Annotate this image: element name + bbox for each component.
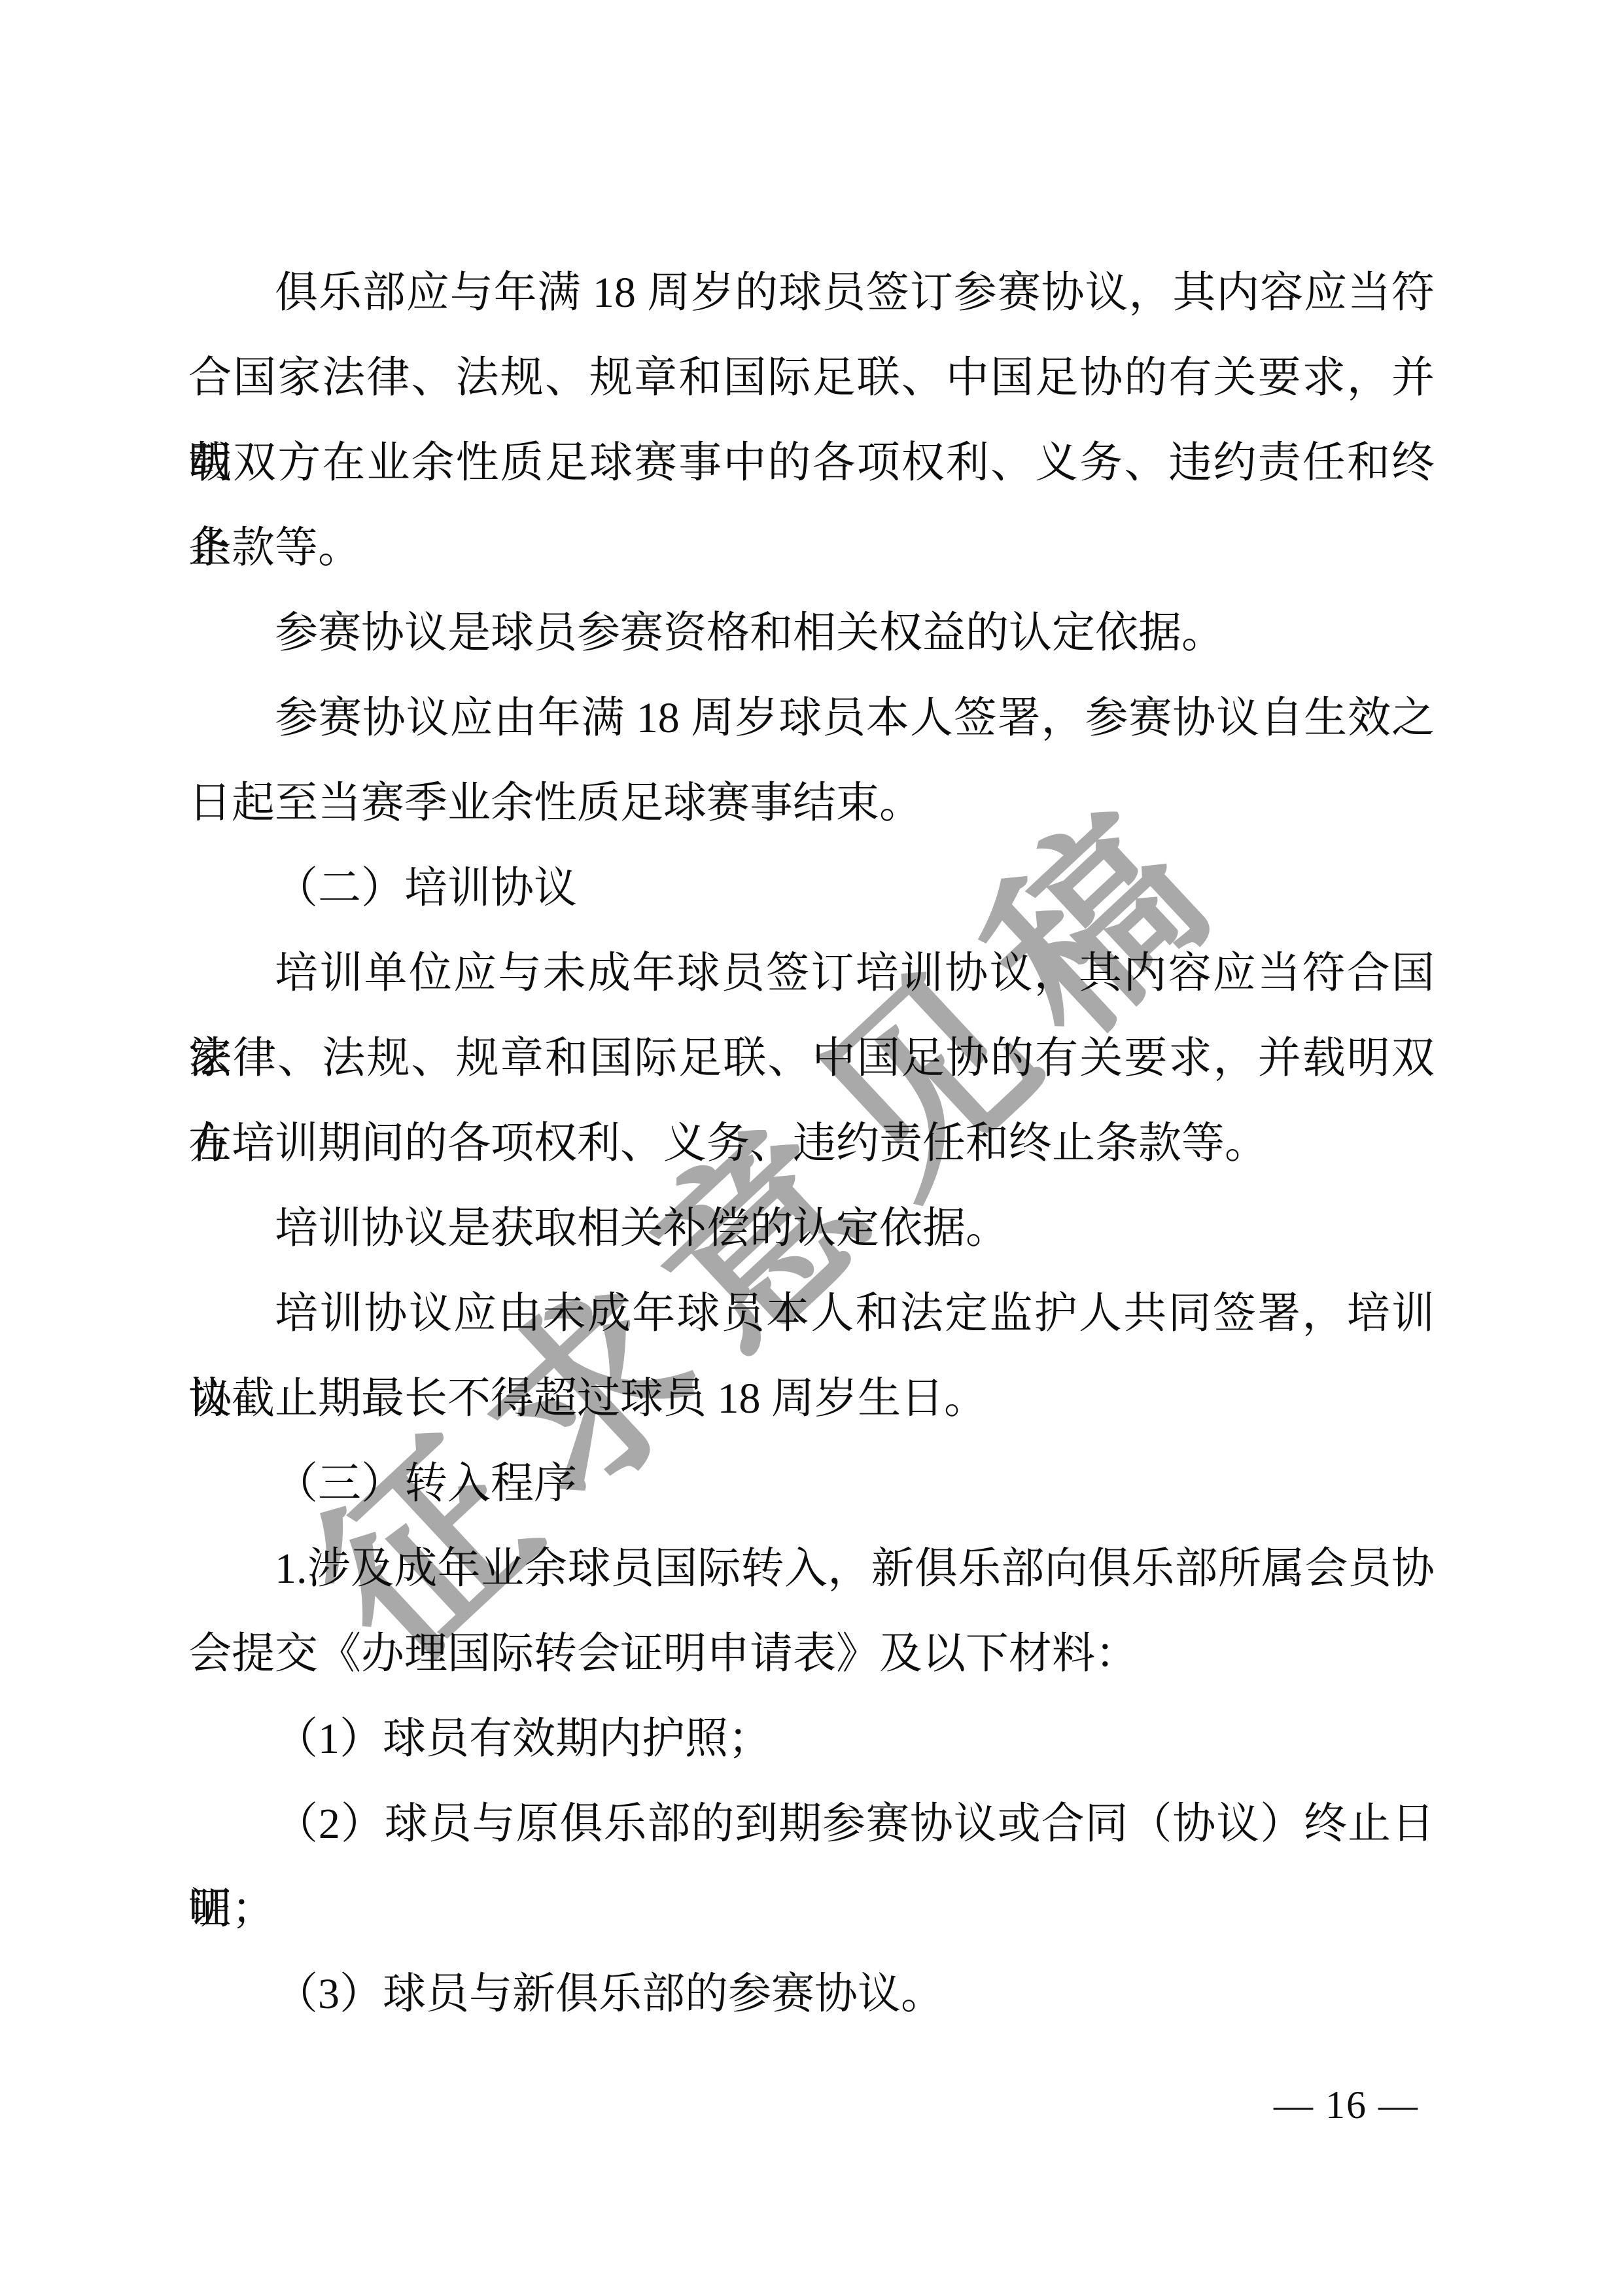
- text-line: 合国家法律、法规、规章和国际足联、中国足协的有关要求，并载: [188, 336, 1435, 421]
- text-line: 明；: [188, 1867, 1435, 1952]
- text-line: 参赛协议应由年满 18 周岁球员本人签署，参赛协议自生效之: [188, 676, 1435, 761]
- text-line: 议截止期最长不得超过球员 18 周岁生日。: [188, 1356, 1435, 1441]
- section-heading: （三）转入程序: [188, 1441, 1435, 1527]
- list-item: （3）球员与新俱乐部的参赛协议。: [188, 1952, 1435, 2037]
- text-line: 俱乐部应与年满 18 周岁的球员签订参赛协议，其内容应当符: [188, 251, 1435, 336]
- document-page: 征求意见稿 俱乐部应与年满 18 周岁的球员签订参赛协议，其内容应当符 合国家法…: [0, 0, 1623, 2296]
- text-line: 会提交《办理国际转会证明申请表》及以下材料：: [188, 1612, 1435, 1697]
- text-line: 培训单位应与未成年球员签订培训协议，其内容应当符合国家: [188, 931, 1435, 1016]
- section-heading: （二）培训协议: [188, 846, 1435, 931]
- text-line: 日起至当赛季业余性质足球赛事结束。: [188, 761, 1435, 846]
- text-line: 参赛协议是球员参赛资格和相关权益的认定依据。: [188, 591, 1435, 676]
- text-line: 明双方在业余性质足球赛事中的各项权利、义务、违约责任和终止: [188, 421, 1435, 506]
- text-line: 条款等。: [188, 506, 1435, 591]
- list-item: （1）球员有效期内护照；: [188, 1697, 1435, 1782]
- page-number: — 16 —: [1274, 2082, 1419, 2128]
- text-line: 法律、法规、规章和国际足联、中国足协的有关要求，并载明双方: [188, 1016, 1435, 1101]
- text-line: 培训协议是获取相关补偿的认定依据。: [188, 1186, 1435, 1271]
- text-line: 1.涉及成年业余球员国际转入，新俱乐部向俱乐部所属会员协: [188, 1527, 1435, 1612]
- text-line: 在培训期间的各项权利、义务、违约责任和终止条款等。: [188, 1101, 1435, 1186]
- text-line: 培训协议应由未成年球员本人和法定监护人共同签署，培训协: [188, 1271, 1435, 1356]
- list-item: （2）球员与原俱乐部的到期参赛协议或合同（协议）终止日证: [188, 1782, 1435, 1867]
- body-text: 俱乐部应与年满 18 周岁的球员签订参赛协议，其内容应当符 合国家法律、法规、规…: [188, 251, 1435, 2037]
